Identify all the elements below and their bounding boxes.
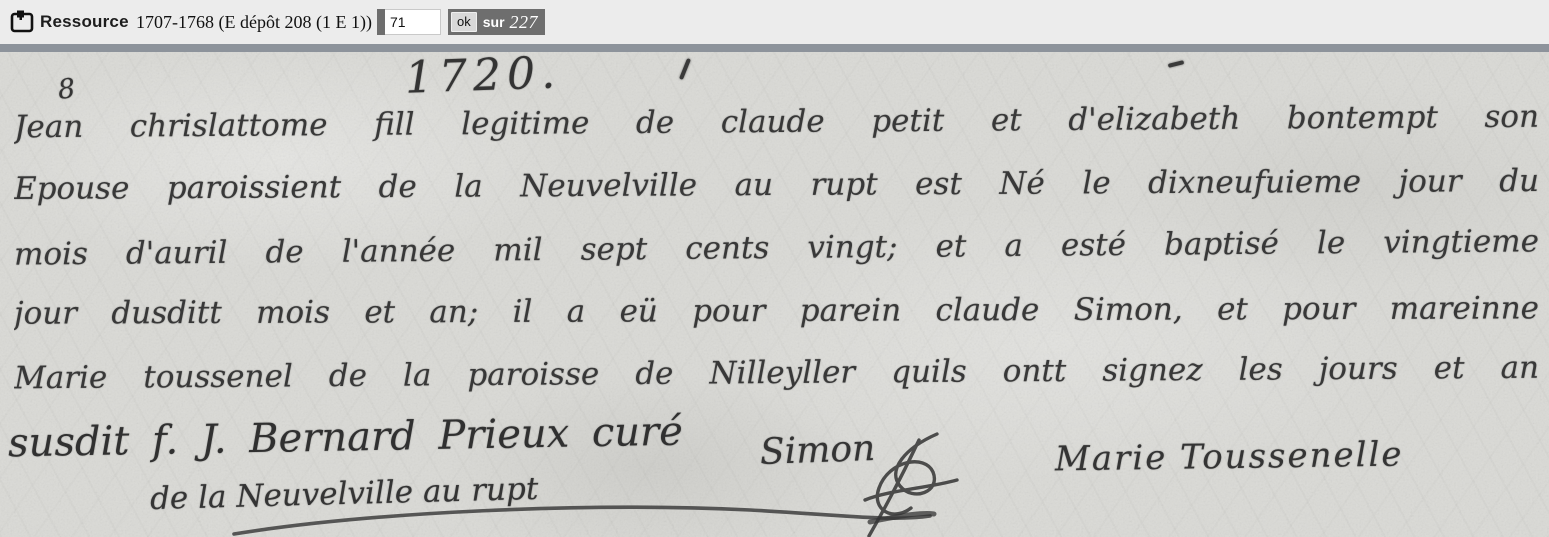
collection-reference: 1707-1768 (E dépôt 208 (1 E 1)) (136, 12, 372, 33)
pager-block: ok sur 227 (448, 9, 545, 35)
page-number-input[interactable] (385, 9, 441, 35)
viewer-toolbar: Ressource 1707-1768 (E dépôt 208 (1 E 1)… (0, 0, 1549, 44)
stray-ink-mark (1168, 60, 1184, 68)
signature-marie-toussenelle: Marie Toussenelle (1055, 435, 1404, 480)
manuscript-line: mois d'auril de l'année mil sept cents v… (14, 223, 1539, 272)
resource-title: Ressource (40, 12, 129, 32)
archive-box-icon (10, 9, 34, 33)
pager-grip (377, 9, 385, 35)
pager-gap (441, 9, 448, 35)
folio-number: 8 (56, 73, 76, 106)
manuscript-line: Marie toussenel de la paroisse de Nilley… (14, 350, 1539, 397)
stray-ink-mark (679, 58, 691, 80)
manuscript-line-curate: susdit f. J. Bernard Prieux curé (8, 408, 739, 467)
manuscript-image: 8 1720. Jean chrislattome fill legitime … (0, 52, 1549, 537)
manuscript-line: Epouse paroissient de la Neuvelville au … (14, 163, 1539, 207)
ok-button[interactable]: ok (451, 12, 477, 32)
total-pages: 227 (510, 12, 539, 33)
toolbar-divider (0, 44, 1549, 52)
year-heading: 1720. (404, 52, 562, 104)
underline-flourish (230, 492, 950, 537)
manuscript-line: Jean chrislattome fill legitime de claud… (14, 99, 1539, 146)
manuscript-line: jour dusditt mois et an; il a eü pour pa… (14, 290, 1539, 331)
page-navigator: ok sur 227 (377, 9, 545, 35)
of-label: sur (483, 14, 505, 30)
